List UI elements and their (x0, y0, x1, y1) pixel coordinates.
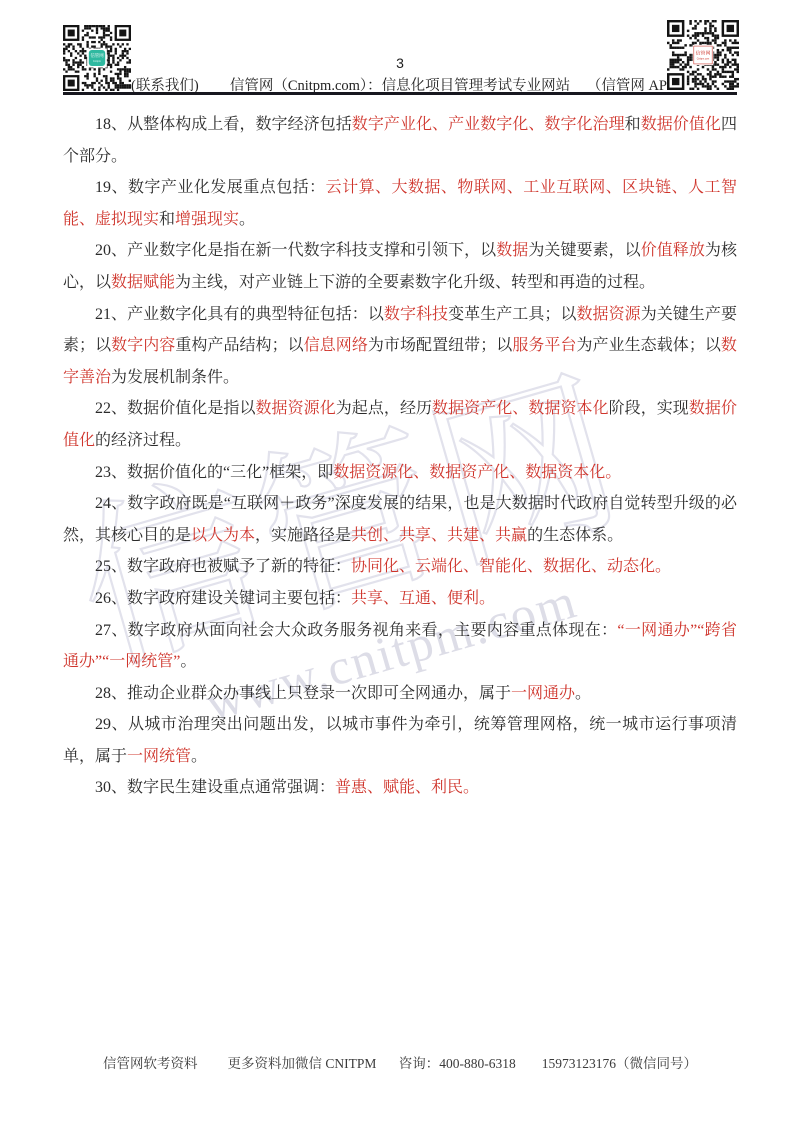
highlighted-term: 一网统管 (127, 748, 191, 765)
note-text: 。 (575, 685, 591, 702)
note-item: 24、数字政府既是“互联网＋政务”深度发展的结果，也是大数据时代政府自觉转型升级… (63, 488, 737, 551)
highlighted-term: 协同化、云端化、智能化、数据化、动态化。 (351, 558, 671, 575)
note-text: 20、产业数字化是指在新一代数字科技支撑和引领下，以 (95, 242, 496, 259)
note-text: 为起点，经历 (336, 400, 432, 417)
note-text: 。 (239, 211, 255, 228)
note-text: 的经济过程。 (95, 432, 191, 449)
highlighted-term: 数字科技 (384, 306, 448, 323)
highlighted-term: 一网通办 (511, 685, 575, 702)
highlighted-term: 数字内容 (111, 337, 175, 354)
note-text: 25、数字政府也被赋予了新的特征： (95, 558, 351, 575)
note-item: 28、推动企业群众办事线上只登录一次即可全网通办，属于一网通办。 (63, 678, 737, 710)
note-text: 22、数据价值化是指以 (95, 400, 256, 417)
note-text: 和 (625, 116, 641, 133)
footer-right-group: 咨询：400-880-6318 15973123176（微信同号） (399, 1052, 697, 1072)
note-item: 20、产业数字化是指在新一代数字科技支撑和引领下，以数据为关键要素，以价值释放为… (63, 235, 737, 298)
note-item: 30、数字民生建设重点通常强调：普惠、赋能、利民。 (63, 772, 737, 804)
highlighted-term: 数字产业化、产业数字化、数字化治理 (352, 116, 625, 133)
note-item: 27、数字政府从面向社会大众政务服务视角来看，主要内容重点体现在：“一网通办”“… (63, 615, 737, 678)
highlighted-term: 服务平台 (512, 337, 576, 354)
note-text: 27、数字政府从面向社会大众政务服务视角来看，主要内容重点体现在： (95, 622, 617, 639)
note-text: 30、数字民生建设重点通常强调： (95, 779, 335, 796)
highlighted-term: 共创、共享、共建、共赢 (351, 527, 527, 544)
highlighted-term: 数据资源化、数据资产化、数据资本化。 (333, 464, 621, 481)
highlighted-term: 数据资产化、数据资本化 (432, 400, 609, 417)
note-item: 29、从城市治理突出问题出发，以城市事件为牵引，统筹管理网格，统一城市运行事项清… (63, 709, 737, 772)
footer-left-group: 信管网软考资料 更多资料加微信 CNITPM (103, 1052, 376, 1072)
highlighted-term: 增强现实 (175, 211, 239, 228)
header-row: (联系我们) 信管网（Cnitpm.com）：信息化项目管理考试专业网站 （信管… (0, 74, 800, 94)
note-text: 26、数字政府建设关键词主要包括： (95, 590, 351, 607)
page-footer: 信管网软考资料 更多资料加微信 CNITPM 咨询：400-880-6318 1… (63, 1052, 737, 1072)
note-item: 22、数据价值化是指以数据资源化为起点，经历数据资产化、数据资本化阶段，实现数据… (63, 393, 737, 456)
note-text: 为发展机制条件。 (111, 369, 239, 386)
note-item: 21、产业数字化具有的典型特征包括：以数字科技变革生产工具；以数据资源为关键生产… (63, 299, 737, 394)
note-text: 18、从整体构成上看，数字经济包括 (95, 116, 352, 133)
note-text: 为关键要素，以 (528, 242, 640, 259)
highlighted-term: 以人为本 (191, 527, 255, 544)
note-text: 19、数字产业化发展重点包括： (95, 179, 326, 196)
page-number: 3 (0, 55, 800, 71)
footer-wechat-note: 更多资料加微信 CNITPM (228, 1052, 377, 1072)
notes: 18、从整体构成上看，数字经济包括数字产业化、产业数字化、数字化治理和数据价值化… (63, 109, 737, 804)
highlighted-term: 信息网络 (304, 337, 368, 354)
note-text: 28、推动企业群众办事线上只登录一次即可全网通办，属于 (95, 685, 511, 702)
note-text: 为主线，对产业链上下游的全要素数字化升级、转型和再造的过程。 (175, 274, 655, 291)
note-text: 阶段，实现 (609, 400, 689, 417)
note-text: 23、数据价值化的“三化”框架，即 (95, 464, 333, 481)
highlighted-term: 数据 (496, 242, 528, 259)
note-item: 19、数字产业化发展重点包括：云计算、大数据、物联网、工业互联网、区块链、人工智… (63, 172, 737, 235)
note-text: 和 (159, 211, 175, 228)
note-text: 。 (180, 653, 196, 670)
footer-phone: 15973123176（微信同号） (542, 1052, 697, 1072)
note-item: 18、从整体构成上看，数字经济包括数字产业化、产业数字化、数字化治理和数据价值化… (63, 109, 737, 172)
note-item: 25、数字政府也被赋予了新的特征：协同化、云端化、智能化、数据化、动态化。 (63, 551, 737, 583)
page-header: 信管网Cnitpm 信管网Cnitpm.com 3 (联系我们) 信管网（Cni… (0, 0, 800, 96)
highlighted-term: 数据资源化 (256, 400, 336, 417)
note-text: 的生态体系。 (527, 527, 623, 544)
note-item: 26、数字政府建设关键词主要包括：共享、互通、便利。 (63, 583, 737, 615)
highlighted-term: 价值释放 (641, 242, 705, 259)
note-text: 为产业生态载体；以 (577, 337, 721, 354)
footer-hotline: 咨询：400-880-6318 (399, 1052, 516, 1072)
note-text: ，实施路径是 (255, 527, 351, 544)
highlighted-term: 普惠、赋能、利民。 (335, 779, 479, 796)
document-page: 信管网Cnitpm 信管网Cnitpm.com 3 (联系我们) 信管网（Cni… (0, 0, 800, 1131)
note-text: 变革生产工具；以 (448, 306, 576, 323)
highlighted-term: 数据赋能 (111, 274, 175, 291)
note-text: 。 (191, 748, 207, 765)
note-text: 重构产品结构；以 (175, 337, 303, 354)
highlighted-term: 数据资源 (577, 306, 641, 323)
note-text: 21、产业数字化具有的典型特征包括：以 (95, 306, 384, 323)
footer-site-resources: 信管网软考资料 (103, 1052, 198, 1072)
note-item: 23、数据价值化的“三化”框架，即数据资源化、数据资产化、数据资本化。 (63, 457, 737, 489)
highlighted-term: 共享、互通、便利。 (351, 590, 495, 607)
note-text: 为市场配置纽带；以 (368, 337, 512, 354)
header-divider (63, 92, 737, 95)
highlighted-term: 数据价值化 (641, 116, 721, 133)
